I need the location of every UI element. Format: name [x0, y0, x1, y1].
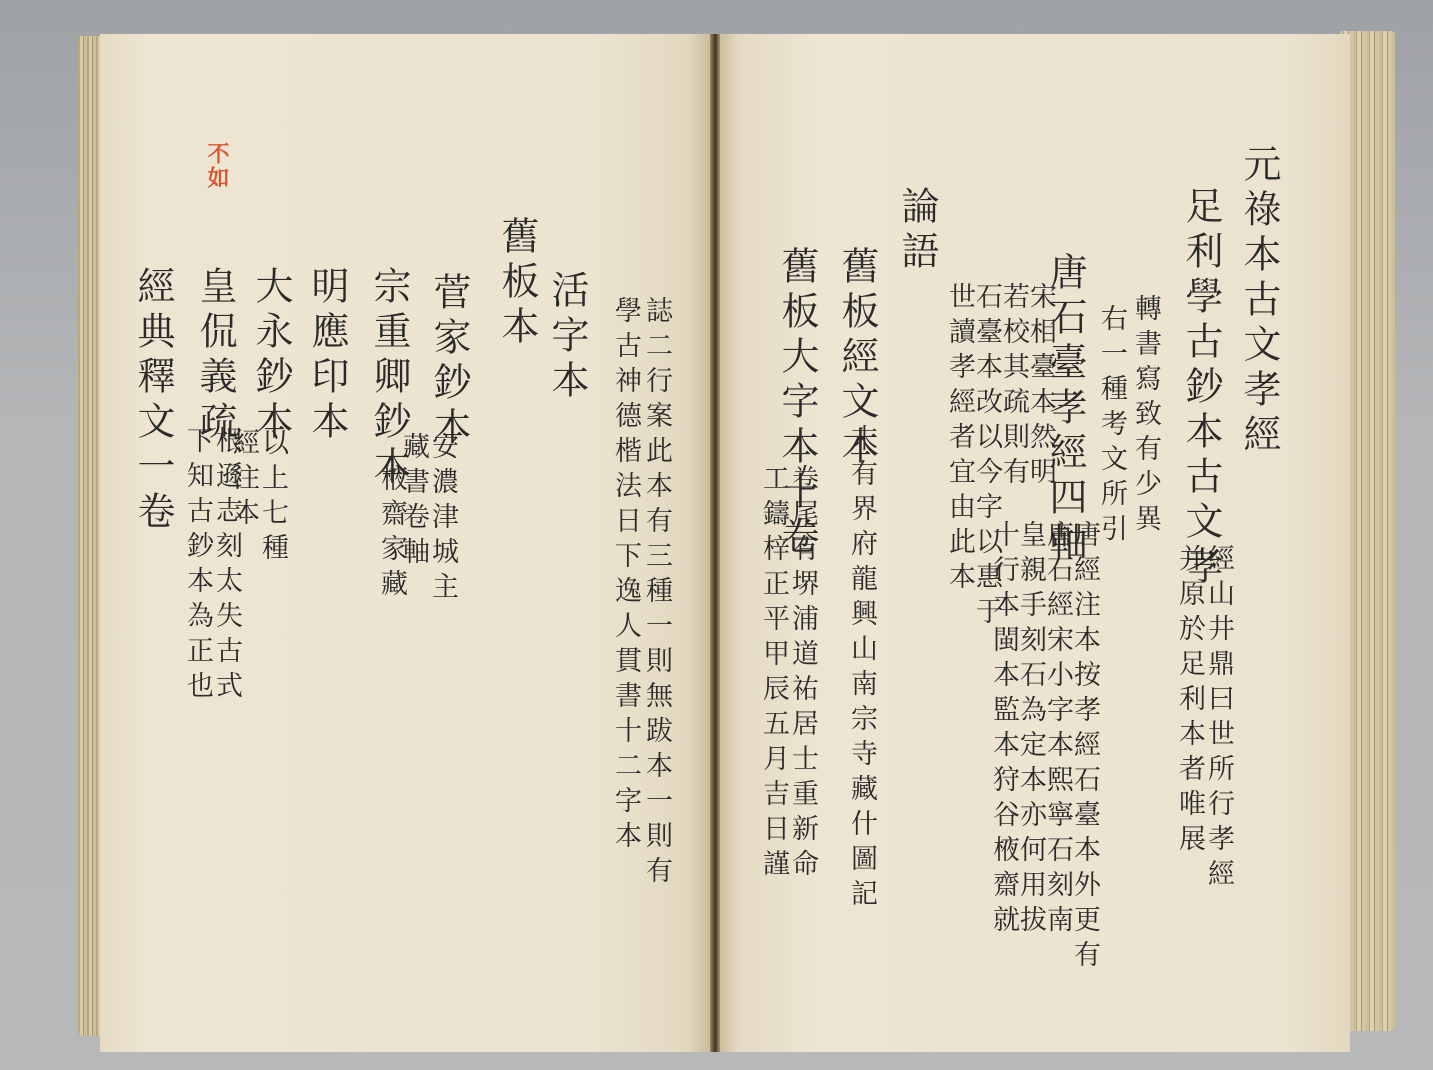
right-page: 元祿本古文孝經 足利學古鈔本古文孝 經山井鼎曰世所行孝經 并原於足利本者唯展 轉… [720, 34, 1350, 1052]
annotation-line: 工鑄梓正平甲辰五月吉日謹 [760, 464, 787, 884]
left-page: 不如 誌二行案此本有三種一則無跋本一則有 學古神德楷法日下逸人貫書十二字本 活字… [100, 34, 712, 1052]
heading-column: 皇侃義疏 [196, 266, 234, 446]
annotation-column: 轉書寫致有少異 [1132, 294, 1159, 539]
annotation-column: 末有界府龍興山南宗寺藏什圖記 [848, 424, 875, 914]
heading-column: 菅家鈔本 [430, 272, 468, 452]
column-group-r2n: 經山井鼎曰世所行孝經 并原於足利本者唯展 [1176, 544, 1232, 894]
heading-column: 元祿本古文孝經 [1240, 144, 1278, 459]
annotation-line: 根遜志刻太失古式 [213, 426, 240, 706]
column-group-r5: 宋相臺本然明 若校其疏則有 石臺本改以今字以惠于 世讀孝經者宜由此本 [946, 282, 1054, 632]
red-annotation-seal: 不如 [202, 142, 233, 190]
annotation-line: 唐經注本按孝經石臺本外更有 [1071, 520, 1098, 975]
column-group-l8n: 根遜志刻太失古式 下知古鈔本為正也 [184, 426, 240, 706]
heading-column: 足利學古鈔本古文孝 [1182, 186, 1220, 591]
column-group-r8n: 卷尾有堺浦道祐居士重新命 工鑄梓正平甲辰五月吉日謹 [760, 464, 816, 884]
annotation-line: 誌二行案此本有三種一則無跋本一則有 [643, 296, 670, 891]
heading-column: 宗重卿鈔本 [370, 266, 408, 491]
annotation-column: 棭齋家藏 [378, 464, 405, 604]
annotation-line: 學古神德楷法日下逸人貫書十二字本 [612, 296, 639, 891]
annotation-line: 宋相臺本然明 [1027, 282, 1054, 632]
open-book: 不如 誌二行案此本有三種一則無跋本一則有 學古神德楷法日下逸人貫書十二字本 活字… [0, 0, 1433, 1070]
heading-column: 舊板本 [498, 216, 536, 351]
heading-column: 活字本 [548, 270, 586, 405]
annotation-line: 下知古鈔本為正也 [184, 426, 211, 706]
heading-column: 明應印本 [308, 266, 346, 446]
annotation-line: 經山井鼎曰世所行孝經 [1205, 544, 1232, 894]
annotation-line: 石臺本改以今字以惠于 [973, 282, 1000, 632]
annotation-line: 并原於足利本者唯展 [1176, 544, 1203, 894]
column-group-l1: 誌二行案此本有三種一則無跋本一則有 學古神德楷法日下逸人貫書十二字本 [612, 296, 670, 891]
annotation-line: 卷尾有堺浦道祐居士重新命 [789, 464, 816, 884]
annotation-line: 世讀孝經者宜由此本 [946, 282, 973, 632]
section-heading: 論語 [898, 186, 936, 276]
annotation-line: 安濃津城主 [429, 432, 456, 607]
annotation-column: 右一種考文所引 [1098, 304, 1125, 549]
heading-column: 大永鈔本 [252, 266, 290, 446]
heading-column: 經典釋文一卷 [134, 266, 172, 536]
annotation-line: 以上七種 [259, 428, 286, 568]
annotation-line: 若校其疏則有 [1000, 282, 1027, 632]
